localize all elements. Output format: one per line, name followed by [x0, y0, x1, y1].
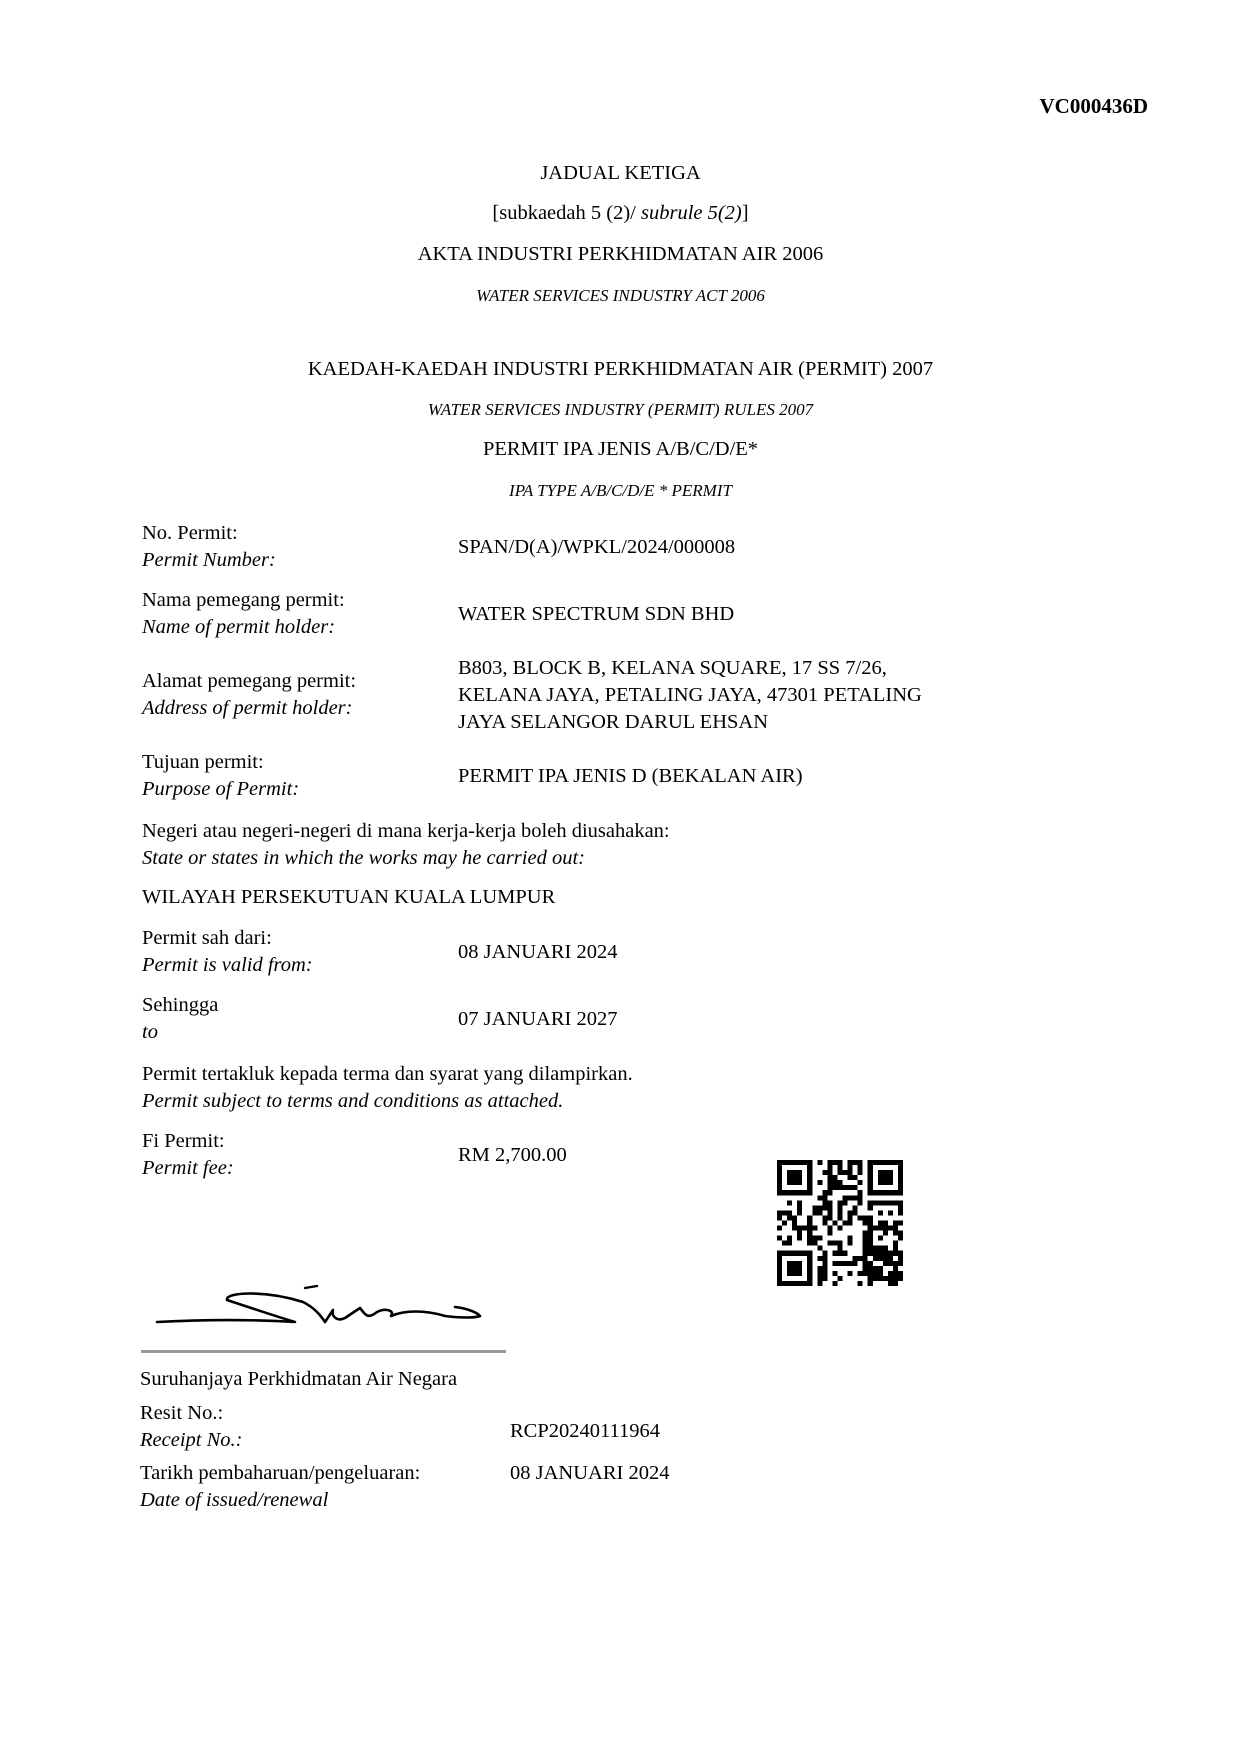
- receipt-value: RCP20240111964: [510, 1418, 660, 1445]
- permit-number-label: No. Permit: Permit Number:: [142, 520, 276, 574]
- signature-line: [141, 1350, 506, 1353]
- states-label-ms: Negeri atau negeri-negeri di mana kerja-…: [142, 818, 670, 845]
- address-line: B803, BLOCK B, KELANA SQUARE, 17 SS 7/26…: [458, 655, 922, 682]
- fee-label-ms: Fi Permit:: [142, 1128, 234, 1155]
- act-title-ms: AKTA INDUSTRI PERKHIDMATAN AIR 2006: [0, 243, 1241, 266]
- terms-text-ms: Permit tertakluk kepada terma dan syarat…: [142, 1061, 633, 1088]
- permit-number-value: SPAN/D(A)/WPKL/2024/000008: [458, 534, 735, 561]
- receipt-label: Resit No.: Receipt No.:: [140, 1400, 242, 1454]
- receipt-label-ms: Resit No.:: [140, 1400, 242, 1427]
- act-title-en: WATER SERVICES INDUSTRY ACT 2006: [0, 286, 1241, 306]
- valid-from-label-en: Permit is valid from:: [142, 952, 313, 979]
- states-value: WILAYAH PERSEKUTUAN KUALA LUMPUR: [142, 884, 555, 911]
- signature-icon: [155, 1270, 495, 1340]
- fee-label: Fi Permit: Permit fee:: [142, 1128, 234, 1182]
- valid-from-label-ms: Permit sah dari:: [142, 925, 313, 952]
- valid-from-value: 08 JANUARI 2024: [458, 939, 617, 966]
- states-label-en: State or states in which the works may h…: [142, 845, 670, 872]
- terms-text: Permit tertakluk kepada terma dan syarat…: [142, 1061, 633, 1115]
- valid-to-label: Sehingga to: [142, 992, 218, 1046]
- states-label: Negeri atau negeri-negeri di mana kerja-…: [142, 818, 670, 872]
- schedule-title: JADUAL KETIGA: [0, 162, 1241, 185]
- rules-title-ms: KAEDAH-KAEDAH INDUSTRI PERKHIDMATAN AIR …: [0, 358, 1241, 381]
- permit-type-en: IPA TYPE A/B/C/D/E * PERMIT: [0, 481, 1241, 501]
- holder-address-label-ms: Alamat pemegang permit:: [142, 668, 356, 695]
- holder-address-label: Alamat pemegang permit: Address of permi…: [142, 668, 356, 722]
- purpose-label-ms: Tujuan permit:: [142, 749, 299, 776]
- address-line: JAYA SELANGOR DARUL EHSAN: [458, 709, 922, 736]
- subrule-ms: [subkaedah 5 (2)/: [492, 202, 641, 224]
- holder-name-label-en: Name of permit holder:: [142, 614, 345, 641]
- issue-date-label-en: Date of issued/renewal: [140, 1487, 420, 1514]
- valid-to-value: 07 JANUARI 2027: [458, 1006, 617, 1033]
- permit-number-label-ms: No. Permit:: [142, 520, 276, 547]
- valid-to-label-ms: Sehingga: [142, 992, 218, 1019]
- qr-code-icon: [777, 1160, 903, 1286]
- document-id: VC000436D: [1040, 94, 1149, 119]
- permit-type-ms: PERMIT IPA JENIS A/B/C/D/E*: [0, 438, 1241, 461]
- authority-name: Suruhanjaya Perkhidmatan Air Negara: [140, 1366, 457, 1393]
- rules-title-en: WATER SERVICES INDUSTRY (PERMIT) RULES 2…: [0, 400, 1241, 420]
- valid-to-label-en: to: [142, 1019, 218, 1046]
- issue-date-label-ms: Tarikh pembaharuan/pengeluaran:: [140, 1460, 420, 1487]
- holder-address-label-en: Address of permit holder:: [142, 695, 356, 722]
- permit-number-label-en: Permit Number:: [142, 547, 276, 574]
- subrule-reference: [subkaedah 5 (2)/ subrule 5(2)]: [0, 202, 1241, 225]
- holder-name-label: Nama pemegang permit: Name of permit hol…: [142, 587, 345, 641]
- subrule-en: subrule 5(2): [641, 202, 742, 224]
- holder-name-value: WATER SPECTRUM SDN BHD: [458, 601, 734, 628]
- holder-address-value: B803, BLOCK B, KELANA SQUARE, 17 SS 7/26…: [458, 655, 922, 736]
- issue-date-value: 08 JANUARI 2024: [510, 1460, 669, 1487]
- subrule-close: ]: [742, 202, 749, 224]
- purpose-label: Tujuan permit: Purpose of Permit:: [142, 749, 299, 803]
- receipt-label-en: Receipt No.:: [140, 1427, 242, 1454]
- address-line: KELANA JAYA, PETALING JAYA, 47301 PETALI…: [458, 682, 922, 709]
- valid-from-label: Permit sah dari: Permit is valid from:: [142, 925, 313, 979]
- terms-text-en: Permit subject to terms and conditions a…: [142, 1088, 633, 1115]
- holder-name-label-ms: Nama pemegang permit:: [142, 587, 345, 614]
- fee-value: RM 2,700.00: [458, 1142, 567, 1169]
- issue-date-label: Tarikh pembaharuan/pengeluaran: Date of …: [140, 1460, 420, 1514]
- purpose-value: PERMIT IPA JENIS D (BEKALAN AIR): [458, 763, 803, 790]
- fee-label-en: Permit fee:: [142, 1155, 234, 1182]
- purpose-label-en: Purpose of Permit:: [142, 776, 299, 803]
